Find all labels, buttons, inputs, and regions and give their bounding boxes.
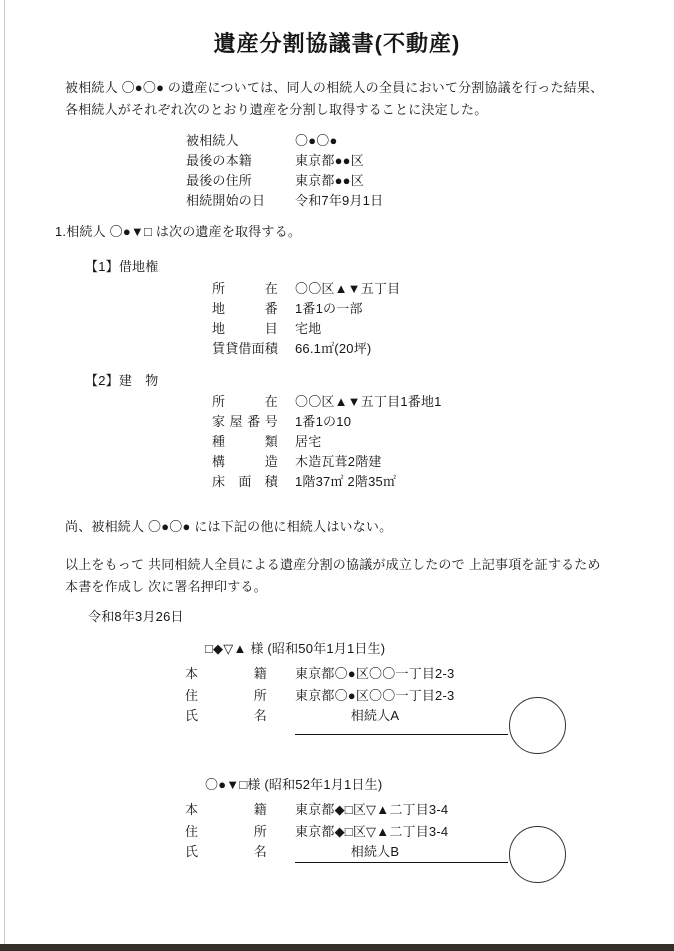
property-label: 地目 bbox=[212, 321, 278, 336]
decedent-value: 〇●〇● bbox=[295, 133, 338, 148]
clause-text: 1.相続人 〇●▼□ は次の遺産を取得する。 bbox=[55, 224, 301, 239]
decedent-label: 最後の本籍 bbox=[186, 153, 252, 168]
shimei-value: 相続人A bbox=[295, 708, 455, 723]
intro-line: 各相続人がそれぞれ次のとおり遺産を分割し取得することに決定した。 bbox=[65, 102, 487, 117]
signer-name-line: □◆▽▲ 様 (昭和50年1月1日生) bbox=[205, 641, 385, 656]
property-value: 1階37㎡ 2階35㎡ bbox=[295, 474, 396, 489]
decedent-label: 最後の住所 bbox=[186, 173, 252, 188]
honseki-value: 東京都〇●区〇〇一丁目2-3 bbox=[295, 666, 454, 681]
signature-line bbox=[295, 734, 508, 735]
closing-line: 本書を作成し 次に署名押印する。 bbox=[65, 579, 267, 594]
property-value: 宅地 bbox=[295, 321, 321, 336]
property-label: 床面積 bbox=[212, 474, 278, 489]
seal-circle bbox=[509, 697, 566, 754]
decedent-value: 東京都●●区 bbox=[295, 173, 364, 188]
honseki-value: 東京都◆□区▽▲二丁目3-4 bbox=[295, 802, 448, 817]
honseki-label: 本籍 bbox=[185, 802, 267, 817]
closing-line: 以上をもって 共同相続人全員による遺産分割の協議が成立したので 上記事項を証する… bbox=[65, 557, 601, 572]
property-label: 種類 bbox=[212, 434, 278, 449]
property-value: 1番1の一部 bbox=[295, 301, 363, 316]
property-value: 1番1の10 bbox=[295, 414, 351, 429]
document-page: 遺産分割協議書(不動産) 被相続人 〇●〇● の遺産については、同人の相続人の全… bbox=[0, 0, 674, 951]
item-heading: 【1】借地権 bbox=[85, 259, 158, 274]
property-label: 構造 bbox=[212, 454, 278, 469]
document-title: 遺産分割協議書(不動産) bbox=[0, 27, 674, 58]
jusho-value: 東京都〇●区〇〇一丁目2-3 bbox=[295, 688, 454, 703]
property-label: 所在 bbox=[212, 281, 278, 296]
property-label: 家屋番号 bbox=[212, 414, 278, 429]
document-date: 令和8年3月26日 bbox=[88, 609, 184, 624]
property-value: 木造瓦葺2階建 bbox=[295, 454, 382, 469]
signer-name-line: 〇●▼□様 (昭和52年1月1日生) bbox=[205, 777, 382, 792]
jusho-value: 東京都◆□区▽▲二丁目3-4 bbox=[295, 824, 448, 839]
honseki-label: 本籍 bbox=[185, 666, 267, 681]
page-left-edge bbox=[4, 0, 5, 944]
jusho-label: 住所 bbox=[185, 824, 267, 839]
intro-line: 被相続人 〇●〇● の遺産については、同人の相続人の全員において分割協議を行った… bbox=[65, 80, 603, 95]
property-value: 〇〇区▲▼五丁目 bbox=[295, 281, 400, 296]
property-label: 賃貸借面積 bbox=[212, 341, 278, 356]
shimei-value: 相続人B bbox=[295, 844, 455, 859]
property-value: 居宅 bbox=[295, 434, 321, 449]
seal-circle bbox=[509, 826, 566, 883]
signature-line bbox=[295, 862, 508, 863]
property-value: 〇〇区▲▼五丁目1番地1 bbox=[295, 394, 442, 409]
property-label: 地番 bbox=[212, 301, 278, 316]
decedent-value: 東京都●●区 bbox=[295, 153, 364, 168]
decedent-label: 相続開始の日 bbox=[186, 193, 265, 208]
jusho-label: 住所 bbox=[185, 688, 267, 703]
shimei-label: 氏名 bbox=[185, 844, 267, 859]
page-bottom-bar bbox=[0, 944, 674, 951]
property-value: 66.1㎡(20坪) bbox=[295, 341, 371, 356]
decedent-value: 令和7年9月1日 bbox=[295, 193, 383, 208]
item-heading: 【2】建 物 bbox=[85, 373, 158, 388]
shimei-label: 氏名 bbox=[185, 708, 267, 723]
property-label: 所在 bbox=[212, 394, 278, 409]
decedent-label: 被相続人 bbox=[186, 133, 239, 148]
no-other-heirs-note: 尚、被相続人 〇●〇● には下記の他に相続人はいない。 bbox=[65, 519, 392, 534]
